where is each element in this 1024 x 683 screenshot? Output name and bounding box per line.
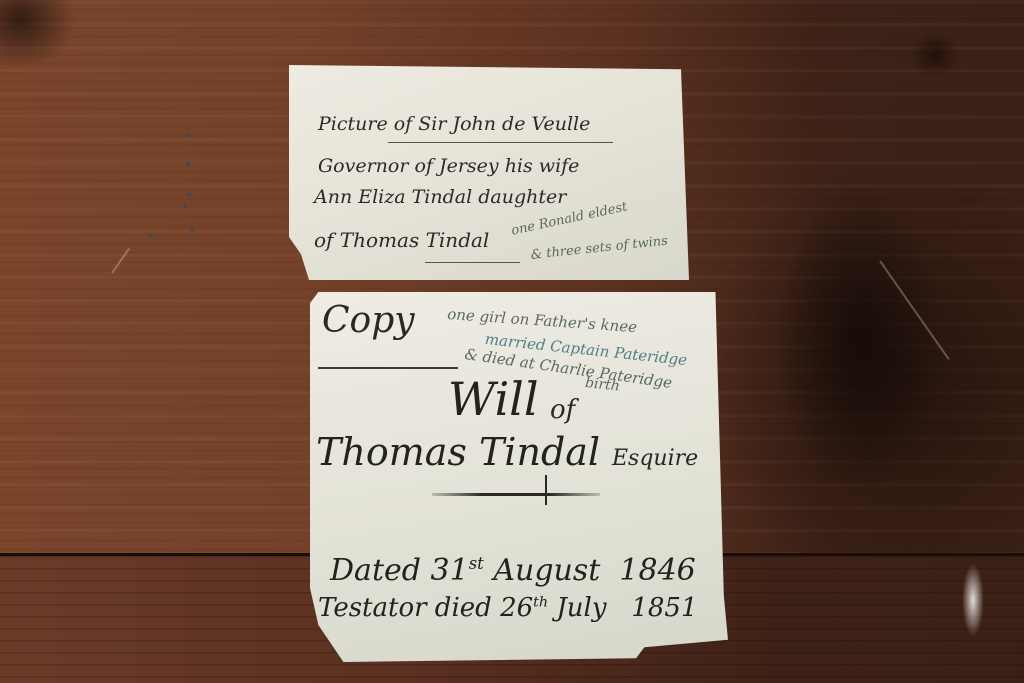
will-of: of [550,395,575,425]
died-line: Testator died 26th July 1851 [318,593,698,623]
underline [425,262,520,263]
wood-hole [148,233,152,237]
died-month: July [556,593,606,623]
wood-hole [190,227,194,231]
top-slip-line-1: Picture of Sir John de Veulle [318,113,590,135]
died-day-suffix: th [533,594,548,610]
honorific: Esquire [612,446,698,471]
dated-month: August [493,553,600,588]
copy-rule [318,367,458,369]
died-year: 1851 [631,593,697,623]
dated-day-suffix: st [469,554,484,573]
died-day: 26 [500,593,533,623]
copy-label: Copy [322,300,415,341]
light-glare [958,555,988,645]
wood-hole [186,162,190,166]
dated-label: Dated [330,553,421,588]
top-slip-line-2: Governor of Jersey his wife [318,155,579,177]
flourish-rule [432,493,600,496]
dated-line: Dated 31st August 1846 [330,553,696,588]
top-slip-line-3: Ann Eliza Tindal daughter [314,186,566,208]
dated-day: 31 [431,553,469,588]
testator-name: Thomas Tindal [316,430,600,474]
wood-hole [185,133,189,137]
wood-hole [187,193,191,197]
top-slip-line-4: of Thomas Tindal [314,228,489,252]
wood-hole [183,204,187,208]
died-label: Testator died [318,593,492,623]
flourish-tick [545,475,547,505]
will-title: Will [448,372,539,426]
underline [388,142,613,143]
dated-year: 1846 [619,553,695,588]
